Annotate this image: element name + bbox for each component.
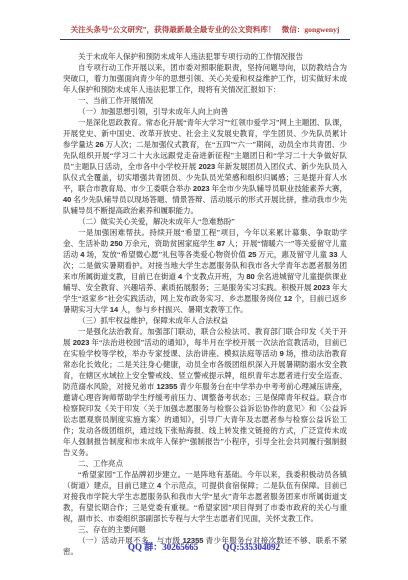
paragraph: 一是加强困难帮扶。持续开展“希望工程”项目，今年以来累计募集、争取助学金、生活补… xyxy=(63,227,347,315)
paragraph: “希望家园”工作品牌初步建立。一是阵地有基础。今年以来，我委积极动员各镇（街道）… xyxy=(63,469,347,524)
footer-contact-bar: QQ 群：30265665 QQ:535304092 xyxy=(0,541,408,553)
document-body: 关于未成年人保护和预防未成年人违法犯罪专项行动的工作情况报告 自专项行动工作开展… xyxy=(63,51,347,557)
document-title: 关于未成年人保护和预防未成年人违法犯罪专项行动的工作情况报告 xyxy=(63,51,347,62)
subsection-heading-1-3: （三）抓牢权益维护，保障未成年人合法权益 xyxy=(63,315,347,326)
intro-paragraph: 自专项行动工作开展以来，团市委对照职能职责，坚持问题导向，以防教结合为突破口，着… xyxy=(63,62,347,95)
section-heading-2: 二、工作亮点 xyxy=(63,458,347,469)
header-promo-text: 关注头条号“公文研究”，获得最新最全最专业的公文资料库！ xyxy=(71,25,276,34)
subsection-heading-1-2: （二）做实关心关爱，解决未成年人“急难愁盼” xyxy=(63,216,347,227)
section-heading-3: 三、存在的主要问题 xyxy=(63,524,347,535)
footer-qq-group: QQ 群：30265665 xyxy=(128,542,198,552)
footer-qq: QQ:535304092 xyxy=(223,542,281,552)
document-page: 关注头条号“公文研究”，获得最新最全最专业的公文资料库！微信：gongwenyj… xyxy=(0,0,408,580)
subsection-heading-1-1: （一）加强思想引领，引导未成年人向上向善 xyxy=(63,106,347,117)
section-heading-1: 一、当前工作开展情况 xyxy=(63,95,347,106)
paragraph: 一是深化思政教育。常态化开展“青年大学习”“红领巾爱学习”网上主题团、队课，开展… xyxy=(63,117,347,216)
header-wechat-id: 微信：gongwenyj xyxy=(282,25,340,34)
paragraph: 一是强化法治教育。加强部门联动，联合公检法司、教育部门联合印发《关于开展 202… xyxy=(63,326,347,458)
header-promo-banner: 关注头条号“公文研究”，获得最新最全最专业的公文资料库！微信：gongwenyj xyxy=(60,25,350,40)
